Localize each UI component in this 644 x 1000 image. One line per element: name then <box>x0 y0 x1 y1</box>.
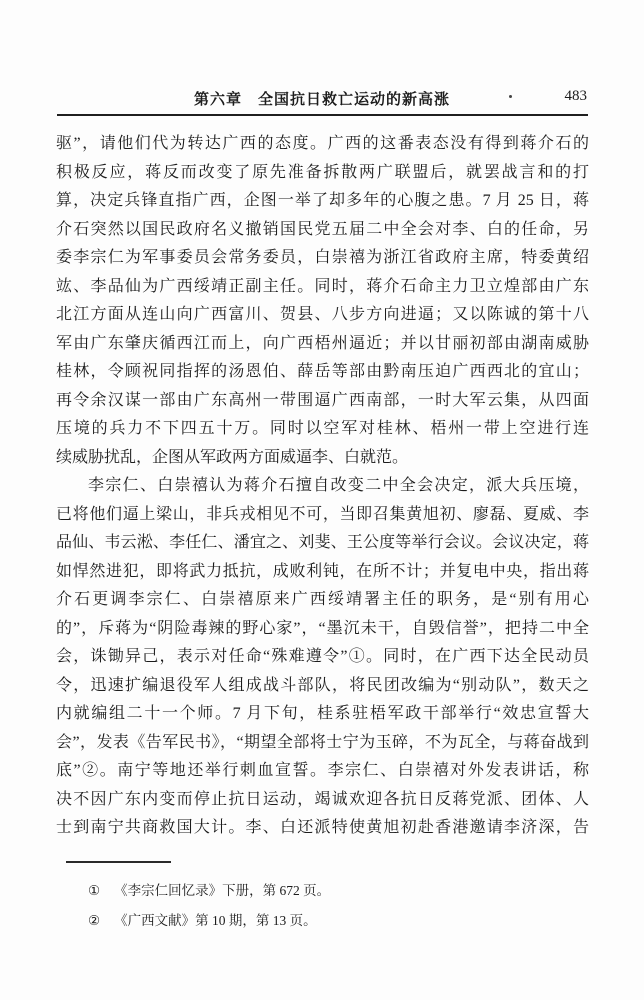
footnote-marker: ① <box>88 876 100 906</box>
text-line: 北江方面从连山向广西富川、贺县、八步方向进逼；又以陈诚的第十八 <box>56 301 589 330</box>
running-header-chapter-title: 第六章 全国抗日救亡运动的新高涨 <box>0 88 644 109</box>
text-line: 介石突然以国民政府名义撤销国民党五届二中全会对李、白的任命，另 <box>56 216 589 245</box>
text-line: 李宗仁、白崇禧认为蒋介石擅自改变二中全会决定，派大兵压境， <box>56 472 589 501</box>
footnote-text: 《李宗仁回忆录》下册，第 672 页。 <box>114 883 330 898</box>
text-line: 积极反应，蒋反而改变了原先准备拆散两广联盟后，就罢战言和的打 <box>56 159 589 188</box>
text-line: 桂林，令顾祝同指挥的汤恩伯、薛岳等部由黔南压迫广西西北的宜山； <box>56 358 589 387</box>
text-line: 的”，斥蒋为“阴险毒辣的野心家”，“墨沉未干，自毁信誉”，把持二中全 <box>56 615 589 644</box>
text-line: 会”，发表《告军民书》，“期望全部将士宁为玉碎，不为瓦全，与蒋奋战到 <box>56 729 589 758</box>
text-line: 介石更调李宗仁、白崇禧原来广西绥靖署主任的职务，是“别有用心 <box>56 586 589 615</box>
text-line: 令，迅速扩编退役军人组成战斗部队，将民团改编为“别动队”，数天之 <box>56 672 589 701</box>
text-line: 竑、李品仙为广西绥靖正副主任。同时，蒋介石命主力卫立煌部由广东 <box>56 273 589 302</box>
text-line: 再令余汉谋一部由广东高州一带围逼广西南部，一时大军云集，从四面 <box>56 387 589 416</box>
text-line: 压境的兵力不下四五十万。同时以空军对桂林、梧州一带上空进行连 <box>56 415 589 444</box>
footnote-text: 《广西文献》第 10 期，第 13 页。 <box>114 913 317 928</box>
footnote-item: ②《广西文献》第 10 期，第 13 页。 <box>88 906 568 936</box>
paragraph: 李宗仁、白崇禧认为蒋介石擅自改变二中全会决定，派大兵压境，已将他们逼上梁山，非兵… <box>56 472 589 843</box>
text-line: 底”②。南宁等地还举行刺血宣誓。李宗仁、白崇禧对外发表讲话，称 <box>56 757 589 786</box>
text-line: 已将他们逼上梁山，非兵戎相见不可，当即召集黄旭初、廖磊、夏威、李 <box>56 501 589 530</box>
footnote-marker: ② <box>88 906 100 936</box>
text-line: 军由广东肇庆循西江而上，向广西梧州逼近；并以甘丽初部由湖南威胁 <box>56 330 589 359</box>
text-line: 内就编组二十一个师。7 月下旬，桂系驻梧军政干部举行“效忠宣誓大 <box>56 700 589 729</box>
text-line: 续威胁扰乱，企图从军政两方面威逼李、白就范。 <box>56 444 589 473</box>
scan-ink-speck <box>509 95 512 98</box>
text-line: 如悍然进犯，即将武力抵抗，成败利钝，在所不计；并复电中央，指出蒋 <box>56 558 589 587</box>
body-text: 驱”，请他们代为转达广西的态度。广西的这番表态没有得到蒋介石的积极反应，蒋反而改… <box>56 130 589 843</box>
footnote-item: ①《李宗仁回忆录》下册，第 672 页。 <box>88 876 568 906</box>
footnote-separator-rule <box>66 861 171 863</box>
footnote-list: ①《李宗仁回忆录》下册，第 672 页。 ②《广西文献》第 10 期，第 13 … <box>88 876 568 936</box>
header-rule <box>57 114 588 116</box>
page-number: 483 <box>565 88 588 105</box>
text-line: 决不因广东内变而停止抗日运动，竭诚欢迎各抗日反蒋党派、团体、人 <box>56 786 589 815</box>
text-line: 委李宗仁为军事委员会常务委员，白崇禧为浙江省政府主席，特委黄绍 <box>56 244 589 273</box>
text-line: 品仙、韦云淞、李任仁、潘宜之、刘斐、王公度等举行会议。会议决定，蒋 <box>56 529 589 558</box>
text-line: 驱”，请他们代为转达广西的态度。广西的这番表态没有得到蒋介石的 <box>56 130 589 159</box>
text-line: 算，决定兵锋直指广西，企图一举了却多年的心腹之患。7 月 25 日，蒋 <box>56 187 589 216</box>
text-line: 会，诛锄异己，表示对任命“殊难遵令”①。同时，在广西下达全民动员 <box>56 643 589 672</box>
text-line: 士到南宁共商救国大计。李、白还派特使黄旭初赴香港邀请李济深，告 <box>56 814 589 843</box>
book-page: 第六章 全国抗日救亡运动的新高涨 483 驱”，请他们代为转达广西的态度。广西的… <box>0 0 644 1000</box>
paragraph: 驱”，请他们代为转达广西的态度。广西的这番表态没有得到蒋介石的积极反应，蒋反而改… <box>56 130 589 472</box>
